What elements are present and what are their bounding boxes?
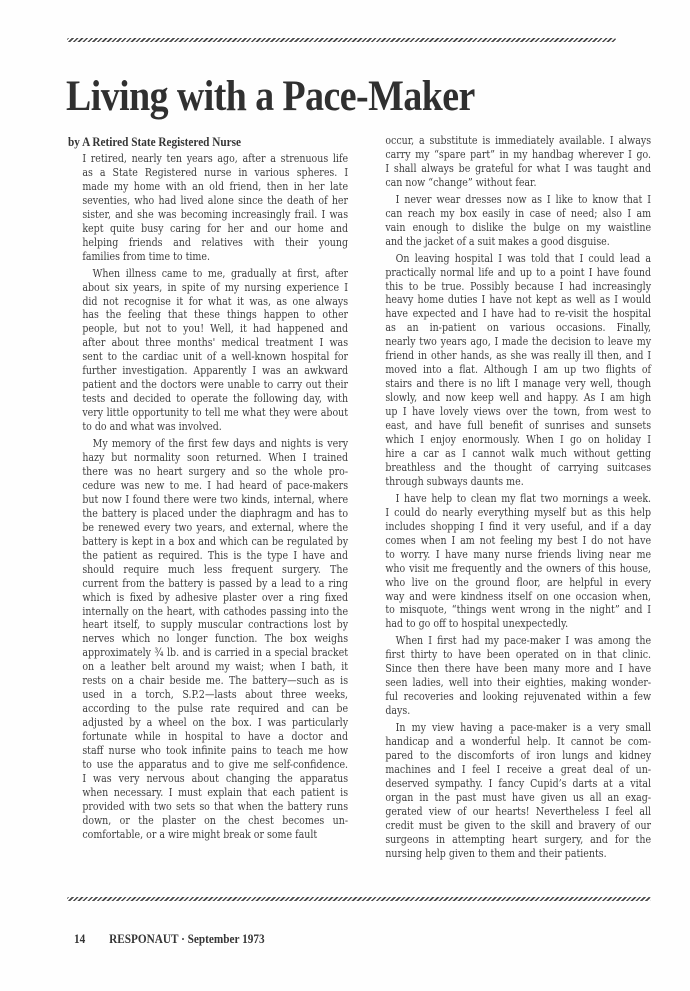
- text-line: who visit me frequently and the owners o…: [375, 562, 651, 576]
- text-line: which is fixed by adhesive plaster over …: [72, 591, 348, 605]
- text-line: I never wear dresses now as I like to kn…: [375, 193, 651, 207]
- text-line: hazy but normality soon returned. When I…: [72, 451, 348, 465]
- text-line: to misquote, “things went wrong in the n…: [375, 603, 651, 617]
- text-line: through subways daunts me.: [375, 475, 651, 489]
- text-line: which I enjoy enormously. When I go on h…: [375, 433, 651, 447]
- text-line: further investigation. Apparently I was …: [72, 364, 348, 378]
- article-paragraph: On leaving hospital I was told that I co…: [375, 252, 651, 489]
- article-paragraph: In my view having a pace-maker is a very…: [375, 721, 651, 861]
- text-line: used in a torch, S.P.2—lasts about three…: [72, 688, 348, 702]
- text-line: according to the pulse rate required and…: [72, 702, 348, 716]
- article-paragraph: I have help to clean my flat two morning…: [375, 492, 651, 632]
- text-line: carry my “spare part” in my handbag wher…: [375, 148, 651, 162]
- bottom-rope-divider: [67, 897, 651, 901]
- text-line: vain enough to dislike the bulge on my w…: [375, 221, 651, 235]
- text-line: handicap and a wonderful help. It cannot…: [375, 735, 651, 749]
- publication-info: RESPONAUT · September 1973: [109, 932, 265, 946]
- text-line: moved into a flat. Although I am up two …: [375, 363, 651, 377]
- text-line: pared to the discomforts of iron lungs a…: [375, 749, 651, 763]
- text-line: nearly two years ago, I made the decisio…: [375, 335, 651, 349]
- text-line: current from the battery is passed by a …: [72, 577, 348, 591]
- article-paragraph: When I first had my pace-maker I was amo…: [375, 634, 651, 718]
- text-line: In my view having a pace-maker is a very…: [375, 721, 651, 735]
- text-line: includes shopping I find it very useful,…: [375, 520, 651, 534]
- text-line: when necessary. I must explain that each…: [72, 786, 348, 800]
- text-line: helping friends and relatives with their…: [72, 236, 348, 250]
- text-line: days.: [375, 704, 651, 718]
- text-line: approximately ¾ lb. and is carried in a …: [72, 646, 348, 660]
- text-line: has the feeling that these things happen…: [72, 308, 348, 322]
- article-paragraph: When illness came to me, gradually at fi…: [72, 267, 348, 434]
- text-line: families from time to time.: [72, 250, 348, 264]
- text-line: heart itself, to supply muscular contrac…: [72, 618, 348, 632]
- text-line: people, but not to you! Well, it had hap…: [72, 322, 348, 336]
- text-line: the patient as required. This is the typ…: [72, 549, 348, 563]
- top-rope-divider: [67, 38, 616, 42]
- text-line: deserved sympathy. I fancy Cupid’s darts…: [375, 777, 651, 791]
- text-line: I have help to clean my flat two morning…: [375, 492, 651, 506]
- text-line: On leaving hospital I was told that I co…: [375, 252, 651, 266]
- text-line: after about three months' medical treatm…: [72, 336, 348, 350]
- text-line: fortunate while in hospital to have a do…: [72, 730, 348, 744]
- text-line: adjusted by a wheel on the box. I was pa…: [72, 716, 348, 730]
- text-line: sent to the cardiac unit of a well-known…: [72, 350, 348, 364]
- text-line: there was no heart surgery and so the wh…: [72, 465, 348, 479]
- text-line: should require much less frequent surger…: [72, 563, 348, 577]
- text-line: nursing help given to them and their pat…: [375, 847, 651, 861]
- text-line: surgeons in attempting heart surgery, an…: [375, 833, 651, 847]
- text-line: seen ladies, well into their eighties, m…: [375, 676, 651, 690]
- text-line: made my home with an old friend, then in…: [72, 180, 348, 194]
- text-line: credit must be given to the skill and br…: [375, 819, 651, 833]
- text-line: kept quite busy caring for her and our h…: [72, 222, 348, 236]
- article-paragraph: I retired, nearly ten years ago, after a…: [72, 152, 348, 264]
- text-line: east, and have full benefit of sunrises …: [375, 419, 651, 433]
- text-line: up I have lovely views over the town, fr…: [375, 405, 651, 419]
- text-line: I shall always be grateful for what I wa…: [375, 162, 651, 176]
- text-line: hire a car as I cannot walk much without…: [375, 447, 651, 461]
- article-title: Living with a Pace-Maker: [66, 72, 475, 122]
- text-line: provided with two sets so that when the …: [72, 800, 348, 814]
- text-line: comfortable, or a wire might break or so…: [72, 828, 348, 842]
- text-line: can now “change” without fear.: [375, 176, 651, 190]
- text-line: ful recoveries and looking rejuvenated w…: [375, 690, 651, 704]
- text-line: organ in the past must have given us all…: [375, 791, 651, 805]
- page-footer: 14RESPONAUT · September 1973: [74, 932, 265, 947]
- text-line: gerated view of our hearts! Nevertheless…: [375, 805, 651, 819]
- text-line: as an in-patient on various occasions. F…: [375, 321, 651, 335]
- text-line: to do and what was involved.: [72, 420, 348, 434]
- text-line: I was very nervous about changing the ap…: [72, 772, 348, 786]
- text-line: had to go off to hospital unexpectedly.: [375, 617, 651, 631]
- text-line: When illness came to me, gradually at fi…: [72, 267, 348, 281]
- text-line: I retired, nearly ten years ago, after a…: [72, 152, 348, 166]
- text-line: on a leather belt around my waist; when …: [72, 660, 348, 674]
- text-line: very little opportunity to tell me what …: [72, 406, 348, 420]
- article-paragraph: occur, a substitute is immediately avail…: [375, 134, 651, 190]
- text-line: the battery is placed under the diaphrag…: [72, 507, 348, 521]
- text-line: have expected and I have had to re-visit…: [375, 307, 651, 321]
- article-paragraph: My memory of the first few days and nigh…: [72, 437, 348, 842]
- text-line: battery is kept in a box and which can b…: [72, 535, 348, 549]
- text-line: be renewed every two years, and external…: [72, 521, 348, 535]
- text-line: I could do nearly everything myself but …: [375, 506, 651, 520]
- text-line: to use the apparatus and to give me self…: [72, 758, 348, 772]
- text-line: this to be true. Possibly because I had …: [375, 280, 651, 294]
- text-line: staff nurse who took infinite pains to t…: [72, 744, 348, 758]
- text-line: patient and the doctors were unable to c…: [72, 378, 348, 392]
- text-line: rests on a chair beside me. The battery—…: [72, 674, 348, 688]
- text-line: about six years, in spite of my nursing …: [72, 281, 348, 295]
- text-line: stairs and there is no lift I manage ver…: [375, 377, 651, 391]
- text-line: did not recognise it for what it was, as…: [72, 295, 348, 309]
- text-line: breathless and the thought of carrying s…: [375, 461, 651, 475]
- text-line: who live on the ground floor, are helpfu…: [375, 576, 651, 590]
- article-paragraph: I never wear dresses now as I like to kn…: [375, 193, 651, 249]
- text-line: down, or the plaster on the chest become…: [72, 814, 348, 828]
- text-line: slowly, and now keep well and happy. As …: [375, 391, 651, 405]
- text-line: and the jacket of a suit makes a good di…: [375, 235, 651, 249]
- text-line: When I first had my pace-maker I was amo…: [375, 634, 651, 648]
- text-line: internally on the heart, with cathodes p…: [72, 605, 348, 619]
- text-line: seventies, who had lived alone since the…: [72, 194, 348, 208]
- text-line: practically normal life and up to a poin…: [375, 266, 651, 280]
- text-line: first thirty to have been operated on in…: [375, 648, 651, 662]
- text-line: tests and decided to operate the followi…: [72, 392, 348, 406]
- text-line: sister, and she was becoming increasingl…: [72, 208, 348, 222]
- text-line: way and were kindness itself on one occa…: [375, 590, 651, 604]
- article-left-column: I retired, nearly ten years ago, after a…: [72, 152, 348, 845]
- text-line: cedure was new to me. I had heard of pac…: [72, 479, 348, 493]
- text-line: friend in other hands, as she was really…: [375, 349, 651, 363]
- text-line: comes when I am not feeling my best I do…: [375, 534, 651, 548]
- text-line: Since then there have been many more and…: [375, 662, 651, 676]
- text-line: as a State Registered nurse in various s…: [72, 166, 348, 180]
- text-line: My memory of the first few days and nigh…: [72, 437, 348, 451]
- text-line: occur, a substitute is immediately avail…: [375, 134, 651, 148]
- text-line: to worry. I have many nurse friends livi…: [375, 548, 651, 562]
- article-right-column: occur, a substitute is immediately avail…: [375, 134, 651, 864]
- text-line: machines and I feel I receive a great de…: [375, 763, 651, 777]
- text-line: but now I found there were two kinds, in…: [72, 493, 348, 507]
- text-line: can reach my box easily in case of need;…: [375, 207, 651, 221]
- page-number: 14: [74, 932, 109, 947]
- article-byline: by A Retired State Registered Nurse: [68, 134, 241, 150]
- text-line: nerves which no longer function. The box…: [72, 632, 348, 646]
- text-line: heavy home duties I have not kept as wel…: [375, 293, 651, 307]
